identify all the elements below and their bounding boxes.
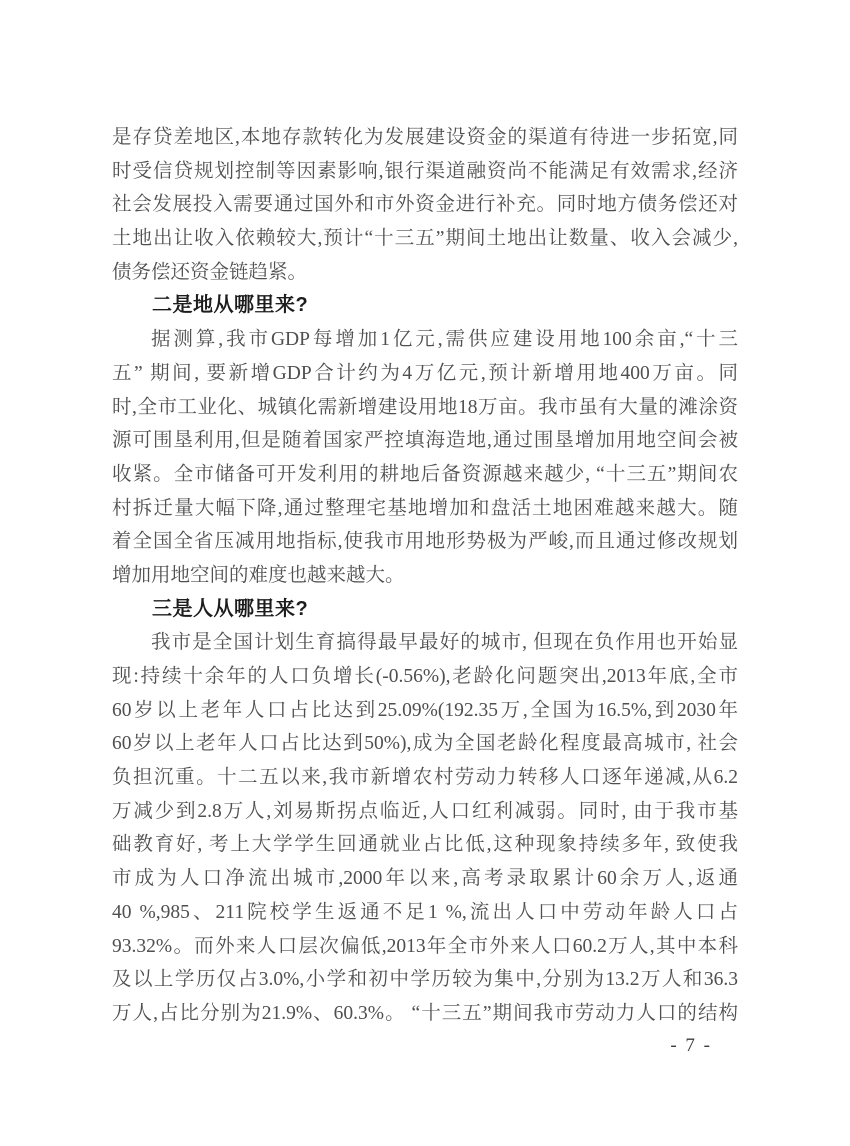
- text-line: 时受信贷规划控制等因素影响,银行渠道融资尚不能满足有效需求,经济: [112, 155, 738, 189]
- text-line: 及以上学历仅占3.0%,小学和初中学历较为集中,分别为13.2万人和36.3: [112, 963, 738, 997]
- text-line: 93.32%。而外来人口层次偏低,2013年全市外来人口60.2万人,其中本科: [112, 930, 738, 964]
- text-line: 负担沉重。十二五以来,我市新增农村劳动力转移人口逐年递减,从6.2: [112, 761, 738, 795]
- text-line: 村拆迁量大幅下降,通过整理宅基地增加和盘活土地困难越来越大。随: [112, 492, 738, 526]
- text-line: 40 %,985、211院校学生返通不足1 %,流出人口中劳动年龄人口占: [112, 896, 738, 930]
- text-line: 债务偿还资金链趋紧。: [112, 256, 738, 290]
- text-line: 市成为人口净流出城市,2000年以来,高考录取累计60余万人,返通: [112, 862, 738, 896]
- text-line: 我市是全国计划生育搞得最早最好的城市, 但现在负作用也开始显: [112, 626, 738, 660]
- text-line: 社会发展投入需要通过国外和市外资金进行补充。同时地方债务偿还对: [112, 188, 738, 222]
- section-heading: 三是人从哪里来?: [112, 593, 738, 627]
- text-line: 万减少到2.8万人,刘易斯拐点临近,人口红利减弱。同时, 由于我市基: [112, 795, 738, 829]
- text-line: 增加用地空间的难度也越来越大。: [112, 559, 738, 593]
- document-body: 是存贷差地区,本地存款转化为发展建设资金的渠道有待进一步拓宽,同时受信贷规划控制…: [112, 121, 738, 1031]
- text-line: 是存贷差地区,本地存款转化为发展建设资金的渠道有待进一步拓宽,同: [112, 121, 738, 155]
- text-line: 时,全市工业化、城镇化需新增建设用地18万亩。我市虽有大量的滩涂资: [112, 391, 738, 425]
- page-number: - 7 -: [112, 1034, 738, 1058]
- text-line: 60岁以上老年人口占比达到25.09%(192.35万,全国为16.5%,到20…: [112, 694, 738, 728]
- document-page: 是存贷差地区,本地存款转化为发展建设资金的渠道有待进一步拓宽,同时受信贷规划控制…: [0, 0, 850, 1146]
- text-line: 础教育好, 考上大学学生回通就业占比低,这种现象持续多年, 致使我: [112, 828, 738, 862]
- text-line: 土地出让收入依赖较大,预计“十三五”期间土地出让数量、收入会减少,: [112, 222, 738, 256]
- text-line: 源可围垦利用,但是随着国家严控填海造地,通过围垦增加用地空间会被: [112, 424, 738, 458]
- text-line: 收紧。全市储备可开发利用的耕地后备资源越来越少, “十三五”期间农: [112, 458, 738, 492]
- text-line: 万人,占比分别为21.9%、60.3%。 “十三五”期间我市劳动力人口的结构: [112, 997, 738, 1031]
- text-line: 现:持续十余年的人口负增长(-0.56%),老龄化问题突出,2013年底,全市: [112, 660, 738, 694]
- section-heading: 二是地从哪里来?: [112, 289, 738, 323]
- text-line: 五” 期间, 要新增GDP合计约为4万亿元,预计新增用地400万亩。同: [112, 357, 738, 391]
- text-line: 着全国全省压减用地指标,使我市用地形势极为严峻,而且通过修改规划: [112, 525, 738, 559]
- text-line: 60岁以上老年人口占比达到50%),成为全国老龄化程度最高城市, 社会: [112, 727, 738, 761]
- text-line: 据测算,我市GDP每增加1亿元,需供应建设用地100余亩,“十三: [112, 323, 738, 357]
